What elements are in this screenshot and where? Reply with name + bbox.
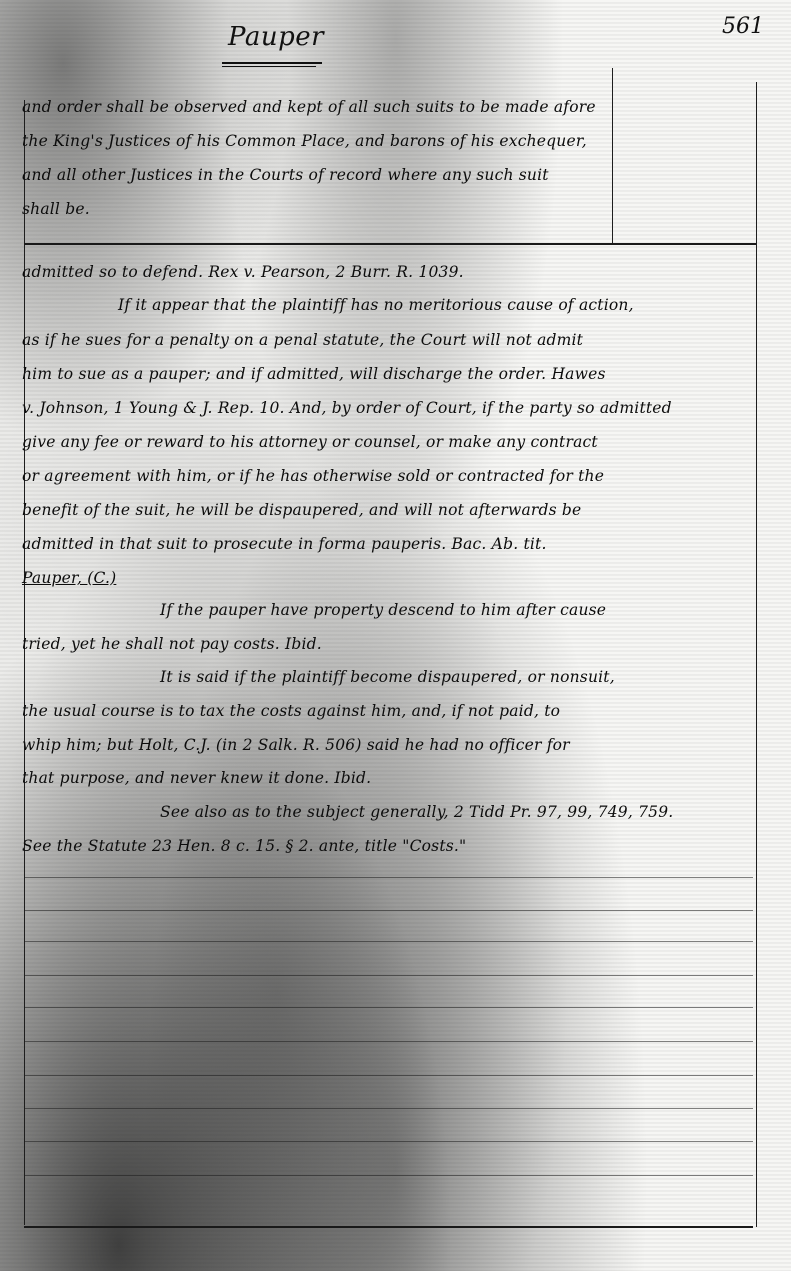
- text-line: tried, yet he shall not pay costs. Ibid.: [22, 635, 322, 653]
- right-column-rule-inner: [612, 68, 613, 243]
- paragraph-start: See also as to the subject generally, 2 …: [160, 803, 673, 821]
- text-line: v. Johnson, 1 Young & J. Rep. 10. And, b…: [22, 399, 672, 417]
- heading-underline: [222, 66, 316, 67]
- ruled-line: [24, 1175, 753, 1176]
- text-line: admitted so to defend. Rex v. Pearson, 2…: [22, 263, 464, 281]
- ruled-line: [24, 1007, 753, 1008]
- text-line: and order shall be observed and kept of …: [22, 98, 596, 116]
- paragraph-start: It is said if the plaintiff become dispa…: [160, 668, 615, 686]
- ruled-line: [24, 1108, 753, 1109]
- document-page: Pauper 561 and order shall be observed a…: [0, 0, 791, 1271]
- page-number: 561: [722, 14, 764, 39]
- text-line: shall be.: [22, 200, 90, 218]
- paragraph-start: If the pauper have property descend to h…: [160, 601, 606, 619]
- text-line: or agreement with him, or if he has othe…: [22, 467, 604, 485]
- text-line: as if he sues for a penalty on a penal s…: [22, 331, 583, 349]
- text-line: whip him; but Holt, C.J. (in 2 Salk. R. …: [22, 736, 570, 754]
- paragraph-start: If it appear that the plaintiff has no m…: [118, 296, 634, 314]
- bottom-rule: [24, 1226, 753, 1228]
- text-line: benefit of the suit, he will be dispaupe…: [22, 501, 581, 519]
- right-margin-rule: [756, 82, 757, 1227]
- text-line: the usual course is to tax the costs aga…: [22, 702, 560, 720]
- text-line: the King's Justices of his Common Place,…: [22, 132, 587, 150]
- text-line: him to sue as a pauper; and if admitted,…: [22, 365, 606, 383]
- section-divider: [24, 243, 756, 245]
- ruled-line: [24, 975, 753, 976]
- text-line: and all other Justices in the Courts of …: [22, 166, 549, 184]
- text-line: admitted in that suit to prosecute in fo…: [22, 535, 547, 553]
- text-line: that purpose, and never knew it done. Ib…: [22, 769, 371, 787]
- ruled-line: [24, 910, 753, 911]
- page-heading: Pauper: [228, 22, 324, 52]
- citation-line: Pauper, (C.): [22, 569, 116, 587]
- ruled-line: [24, 877, 753, 878]
- ruled-line: [24, 1141, 753, 1142]
- text-line: See the Statute 23 Hen. 8 c. 15. § 2. an…: [22, 837, 466, 855]
- ruled-line: [24, 1075, 753, 1076]
- heading-underline: [222, 62, 322, 64]
- ruled-line: [24, 941, 753, 942]
- text-line: give any fee or reward to his attorney o…: [22, 433, 598, 451]
- ruled-line: [24, 1041, 753, 1042]
